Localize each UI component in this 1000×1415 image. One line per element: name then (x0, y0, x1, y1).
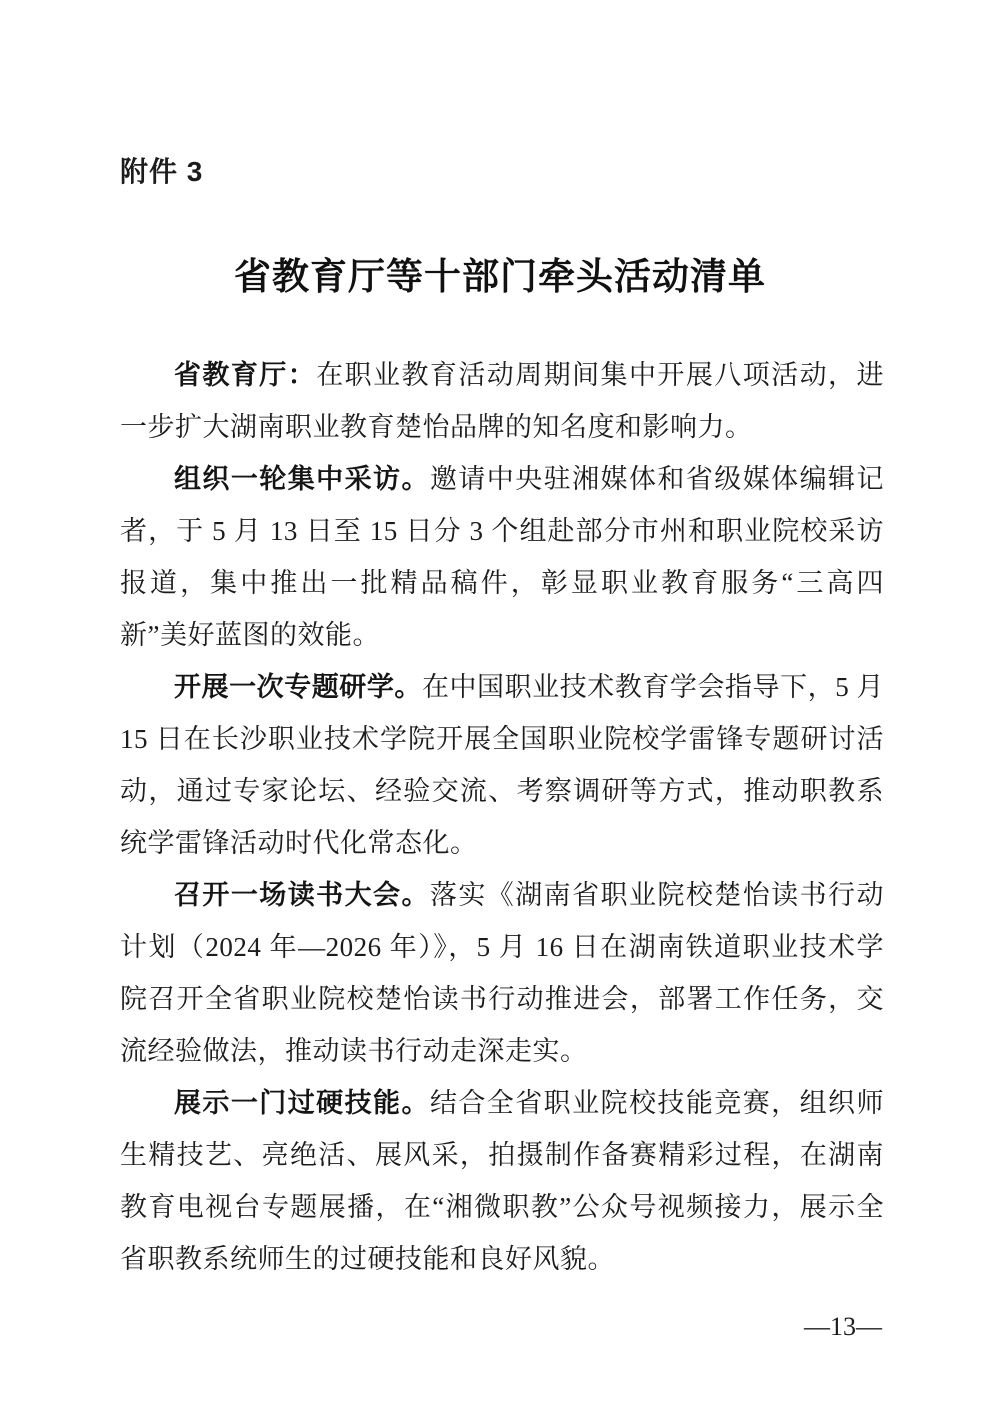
paragraph-reading-conference: 召开一场读书大会。落实《湖南省职业院校楚怡读书行动计划（2024 年—2026 … (120, 869, 884, 1077)
page-number: —13— (804, 1312, 882, 1342)
paragraph-thematic-research: 开展一次专题研学。在中国职业技术教育学会指导下，5 月 15 日在长沙职业技术学… (120, 661, 884, 869)
paragraph-dept-overview: 省教育厅：在职业教育活动周期间集中开展八项活动，进一步扩大湖南职业教育楚怡品牌的… (120, 349, 884, 453)
paragraph-lead: 开展一次专题研学。 (174, 672, 422, 702)
attachment-label: 附件 3 (120, 150, 203, 190)
paragraph-lead: 召开一场读书大会。 (174, 880, 430, 910)
page-title: 省教育厅等十部门牵头活动清单 (0, 246, 1000, 300)
document-page: 附件 3 省教育厅等十部门牵头活动清单 省教育厅：在职业教育活动周期间集中开展八… (0, 0, 1000, 1415)
paragraph-lead: 展示一门过硬技能。 (174, 1088, 430, 1118)
paragraph-media-interviews: 组织一轮集中采访。邀请中央驻湘媒体和省级媒体编辑记者，于 5 月 13 日至 1… (120, 453, 884, 661)
paragraph-skills-showcase: 展示一门过硬技能。结合全省职业院校技能竞赛，组织师生精技艺、亮绝活、展风采，拍摄… (120, 1077, 884, 1285)
paragraph-lead: 组织一轮集中采访。 (174, 464, 430, 494)
paragraph-lead: 省教育厅： (174, 360, 316, 390)
document-body: 省教育厅：在职业教育活动周期间集中开展八项活动，进一步扩大湖南职业教育楚怡品牌的… (120, 349, 884, 1285)
